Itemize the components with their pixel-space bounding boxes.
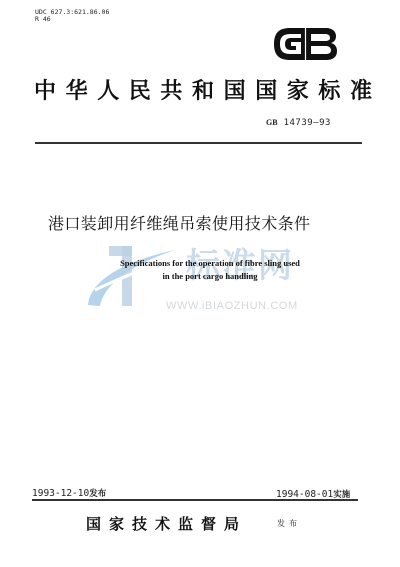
- classification-code: R 46: [35, 16, 109, 23]
- standard-prefix: GB: [266, 118, 278, 127]
- header-divider: [35, 142, 362, 144]
- issuer-suffix: 发布: [277, 518, 301, 529]
- release-date: 1993-12-10发布: [32, 487, 106, 499]
- document-title-english: Specifications for the operation of fibr…: [60, 257, 360, 283]
- release-date-value: 1993-12-10: [32, 488, 89, 499]
- english-title-line-1: Specifications for the operation of fibr…: [60, 257, 360, 270]
- standard-number: GB14739—93: [266, 117, 331, 128]
- issuing-authority: 国家技术监督局: [86, 513, 247, 534]
- document-title-chinese: 港口装卸用纤维绳吊索使用技术条件: [48, 211, 310, 234]
- standard-code: 14739—93: [284, 118, 331, 128]
- udc-classification: UDC 627.3:621.86.06 R 46: [35, 9, 109, 23]
- watermark-url: WWW.iBIAOZHUN.COM: [166, 300, 298, 312]
- gb-logo-icon: [270, 24, 340, 64]
- english-title-line-2: in the port cargo handling: [60, 270, 360, 283]
- release-label: 发布: [89, 489, 106, 499]
- footer-divider: [32, 499, 358, 501]
- national-standard-title: 中华人民共和国国家标准: [34, 74, 370, 105]
